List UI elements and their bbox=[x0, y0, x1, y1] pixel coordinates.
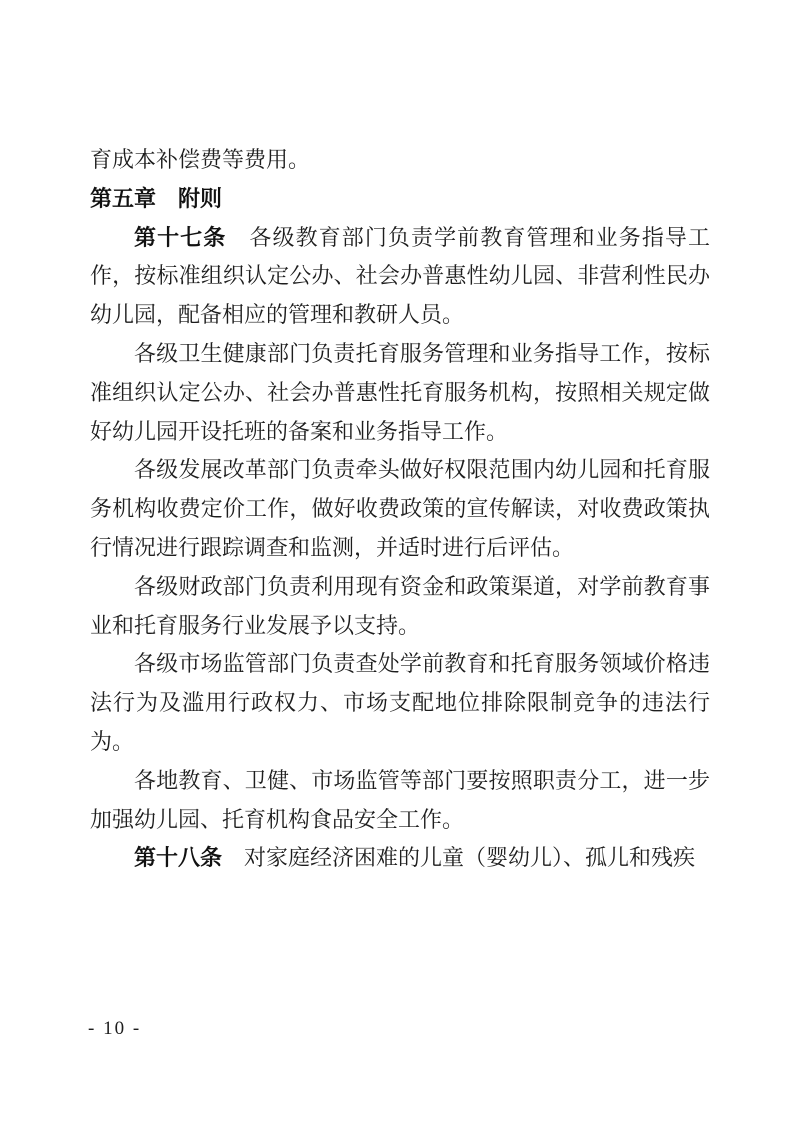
continuation-paragraph: 育成本补偿费等费用。 bbox=[90, 141, 710, 180]
paragraph: 各级市场监管部门负责查处学前教育和托育服务领域价格违法行为及滥用行政权力、市场支… bbox=[90, 645, 710, 761]
paragraph: 第十七条 各级教育部门负责学前教育管理和业务指导工作，按标准组织认定公办、社会办… bbox=[90, 219, 710, 335]
page-footer: - 10 - bbox=[88, 1018, 141, 1040]
document-page: 育成本补偿费等费用。 第五章 附则 第十七条 各级教育部门负责学前教育管理和业务… bbox=[0, 0, 793, 1122]
paragraph: 各地教育、卫健、市场监管等部门要按照职责分工，进一步加强幼儿园、托育机构食品安全… bbox=[90, 762, 710, 840]
paragraph: 各级财政部门负责利用现有资金和政策渠道，对学前教育事业和托育服务行业发展予以支持… bbox=[90, 568, 710, 646]
article-number-label: 第十八条 bbox=[134, 845, 222, 870]
paragraph: 各级卫生健康部门负责托育服务管理和业务指导工作，按标准组织认定公办、社会办普惠性… bbox=[90, 335, 710, 451]
document-body: 第十七条 各级教育部门负责学前教育管理和业务指导工作，按标准组织认定公办、社会办… bbox=[90, 219, 710, 879]
paragraph: 第十八条 对家庭经济困难的儿童（婴幼儿）、孤儿和残疾 bbox=[90, 839, 710, 878]
paragraph: 各级发展改革部门负责牵头做好权限范围内幼儿园和托育服务机构收费定价工作，做好收费… bbox=[90, 451, 710, 567]
article-number-label: 第十七条 bbox=[134, 225, 226, 250]
page-content: 育成本补偿费等费用。 第五章 附则 第十七条 各级教育部门负责学前教育管理和业务… bbox=[90, 141, 710, 878]
chapter-heading: 第五章 附则 bbox=[90, 180, 710, 219]
page-number: - 10 - bbox=[88, 1018, 141, 1039]
